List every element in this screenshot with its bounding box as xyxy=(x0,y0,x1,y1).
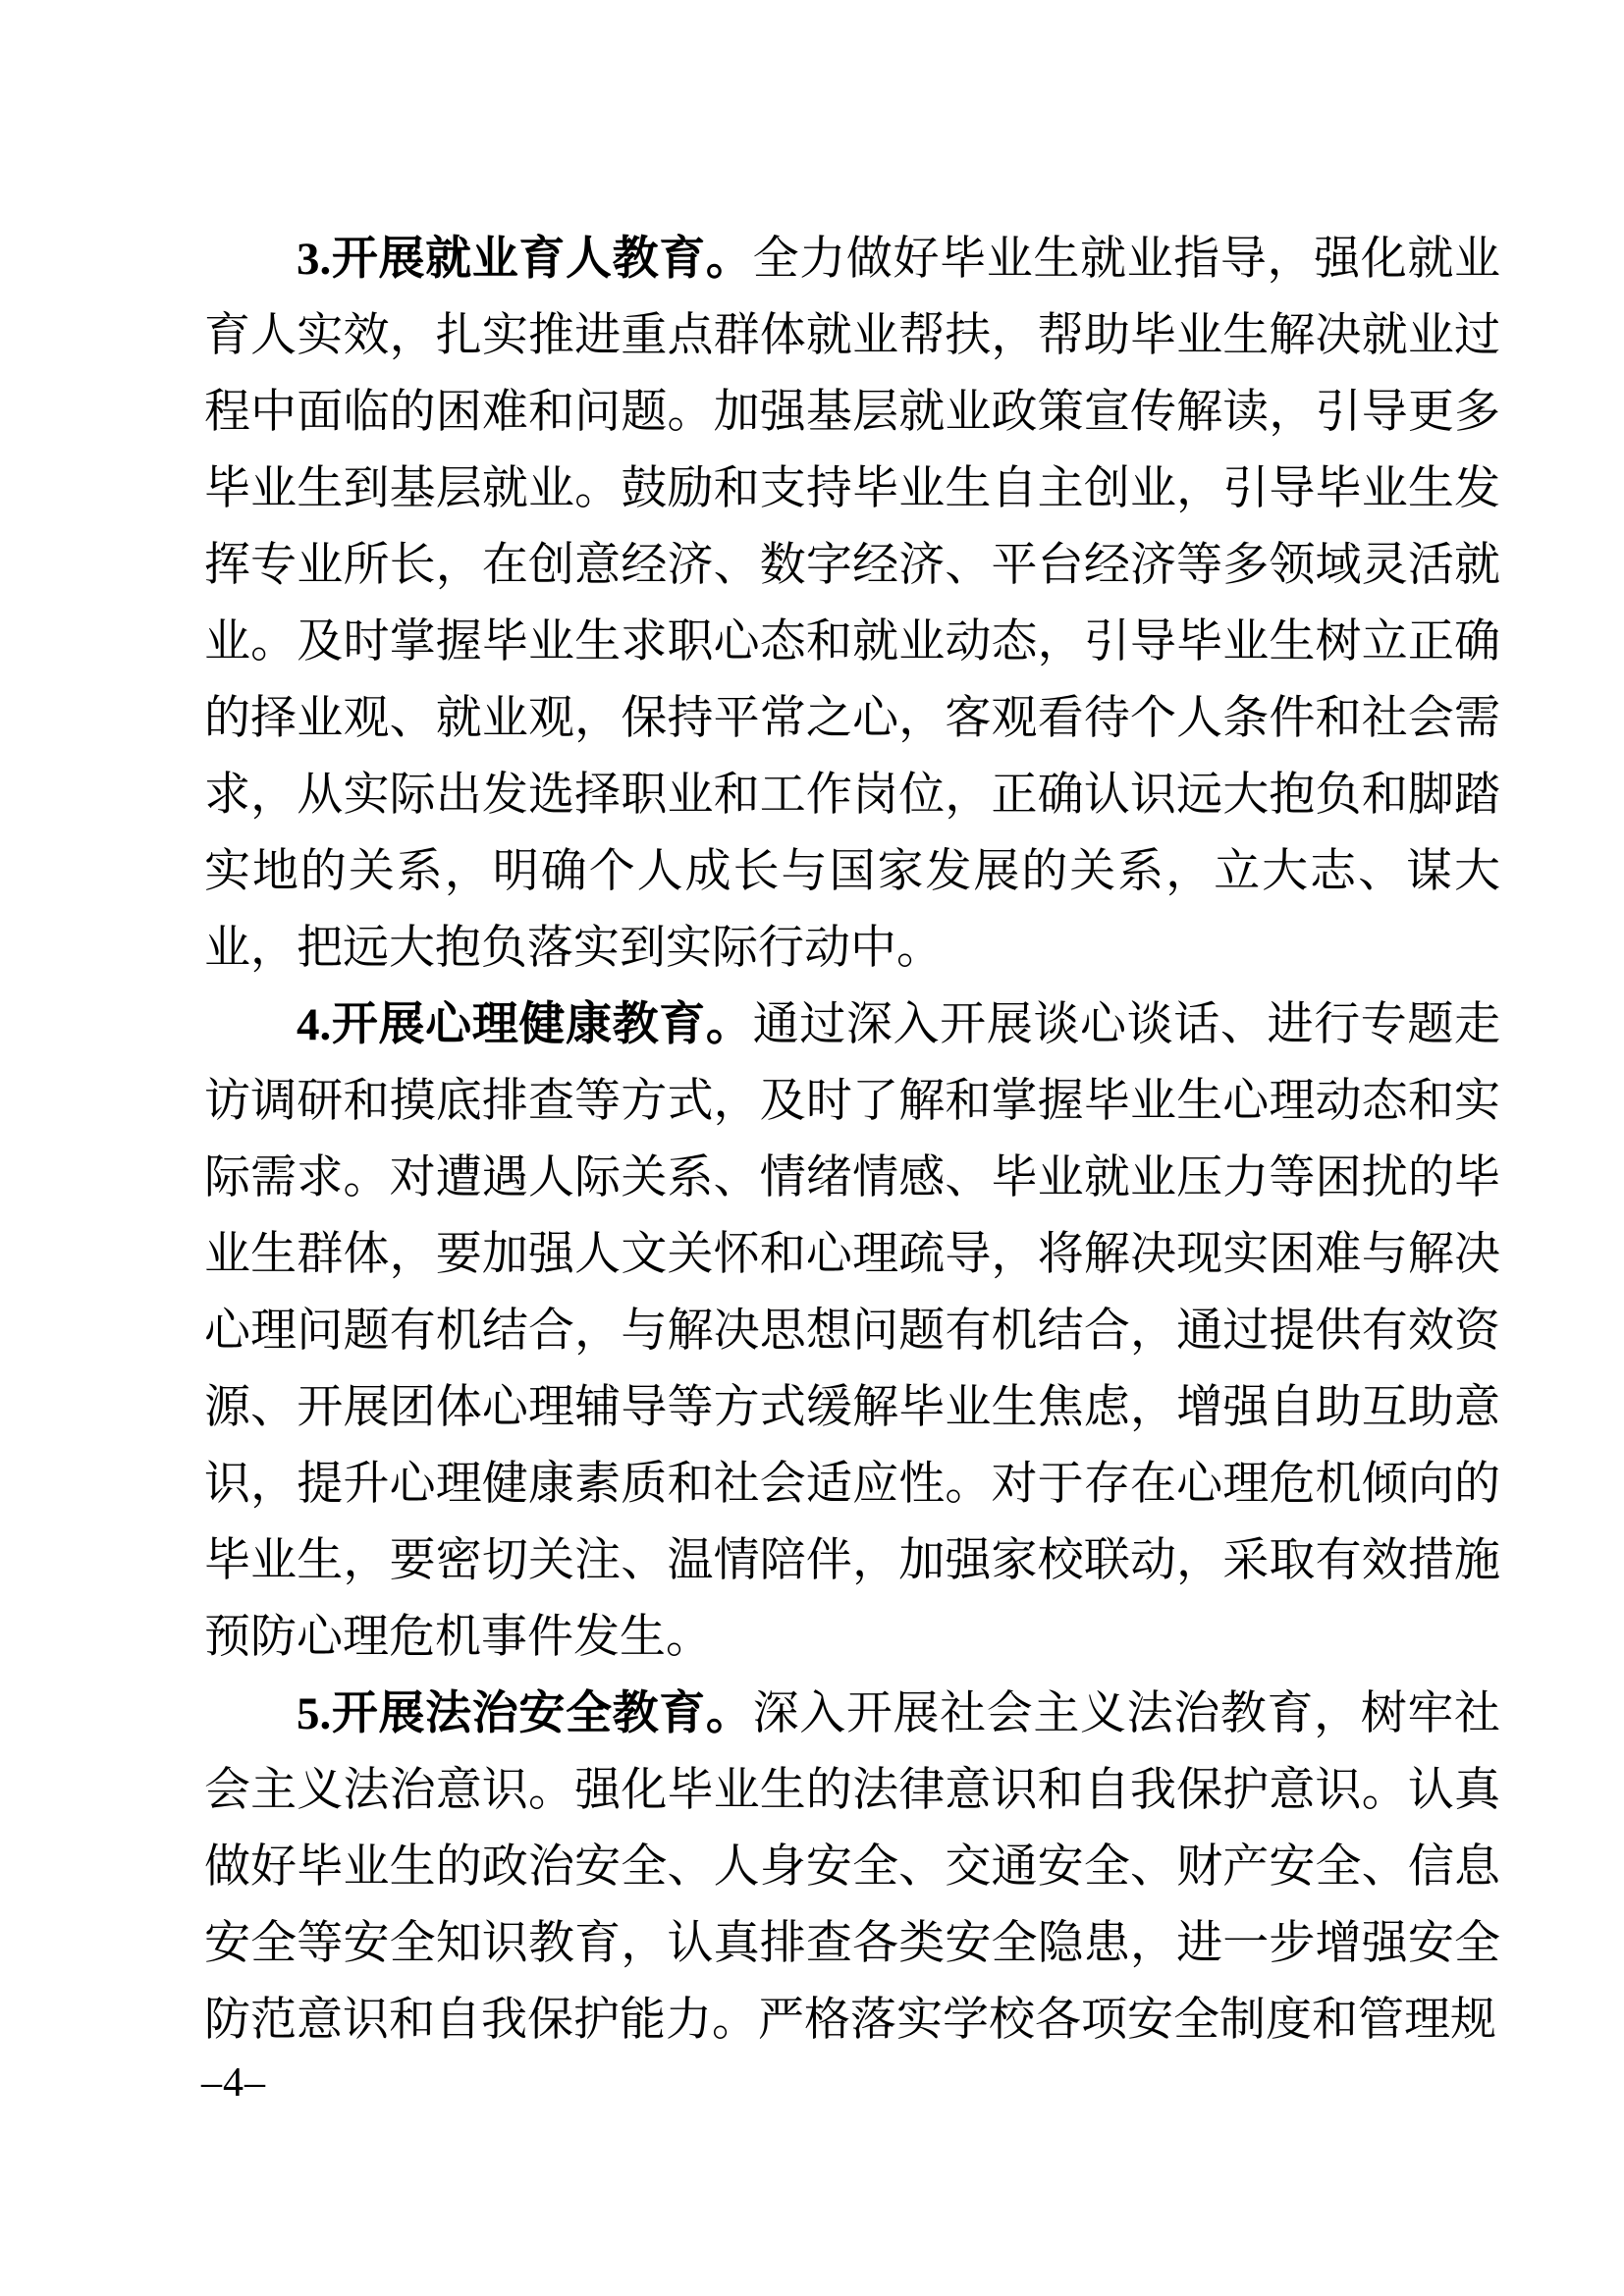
document-body: 3.开展就业育人教育。全力做好毕业生就业指导，强化就业育人实效，扎实推进重点群体… xyxy=(204,221,1500,2058)
paragraph-law-safety-education: 5.开展法治安全教育。深入开展社会主义法治教育，树牢社会主义法治意识。强化毕业生… xyxy=(204,1676,1500,2058)
paragraph-law-safety-education-text: 深入开展社会主义法治教育，树牢社会主义法治意识。强化毕业生的法律意识和自我保护意… xyxy=(204,1688,1500,2046)
paragraph-mental-health-education-text: 通过深入开展谈心谈话、进行专题走访调研和摸底排查等方式，及时了解和掌握毕业生心理… xyxy=(204,999,1500,1663)
paragraph-employment-education-text: 全力做好毕业生就业指导，强化就业育人实效，扎实推进重点群体就业帮扶，帮助毕业生解… xyxy=(204,234,1500,974)
page-footer: –4– xyxy=(201,2057,266,2109)
document-page: 3.开展就业育人教育。全力做好毕业生就业指导，强化就业育人实效，扎实推进重点群体… xyxy=(0,0,1624,2296)
page-number: –4– xyxy=(201,2060,266,2106)
paragraph-mental-health-education: 4.开展心理健康教育。通过深入开展谈心谈话、进行专题走访调研和摸底排查等方式，及… xyxy=(204,987,1500,1676)
paragraph-employment-education: 3.开展就业育人教育。全力做好毕业生就业指导，强化就业育人实效，扎实推进重点群体… xyxy=(204,221,1500,987)
paragraph-mental-health-education-heading: 4.开展心理健康教育。 xyxy=(297,999,753,1050)
paragraph-employment-education-heading: 3.开展就业育人教育。 xyxy=(297,234,753,285)
paragraph-law-safety-education-heading: 5.开展法治安全教育。 xyxy=(297,1688,753,1739)
